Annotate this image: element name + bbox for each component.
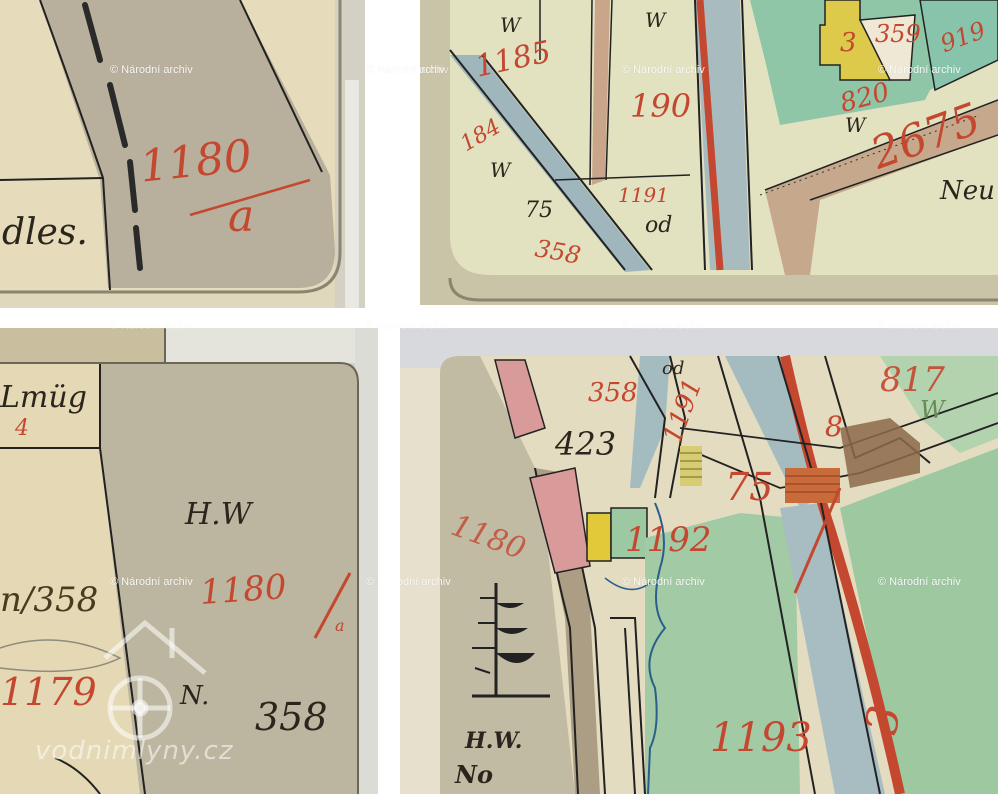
parcel-3: 3 [840, 30, 857, 56]
hw-label: H.W [185, 500, 252, 530]
archive-watermark: © Národní archiv [622, 64, 705, 76]
archive-watermark: © Národní archiv [400, 576, 451, 588]
parcel-817: 817 [880, 363, 945, 397]
parcel-suffix-a: a [335, 618, 345, 634]
ink-neu: Neu [940, 178, 995, 204]
parcel-number-1180: 1180 [138, 134, 254, 189]
parcel-1192: 1192 [625, 523, 712, 557]
map-fragment-bottom-right: 358 423 od 1191 75 1192 1180 817 8 W 119… [400, 328, 998, 794]
archive-watermark: © Národní archiv [110, 64, 193, 76]
vodnimlyny-watermark: vodnimlyny.cz [35, 736, 234, 766]
hw-label: H.W. [465, 730, 522, 752]
map-fragment-bottom-left: Lmüg 4 n/358 1179 H.W 1180 a N. 358 © Ná… [0, 328, 378, 794]
parcel-1191: 1191 [618, 185, 669, 205]
ink-w-2: W [645, 10, 666, 30]
archive-watermark-partial: © Národní archiv [366, 64, 449, 76]
red-fragment-4: 4 [15, 418, 29, 440]
ink-mark-no: N. [180, 683, 209, 709]
ink-358-right: 358 [255, 698, 328, 736]
no-label: No [455, 763, 493, 787]
archive-watermark-faded: © Národní archiv [110, 320, 193, 332]
archive-watermark: © Národní archiv [110, 576, 193, 588]
ink-w-1: W [500, 15, 521, 35]
archive-watermark-faded: © Národní archiv [622, 320, 705, 332]
parcel-190: 190 [630, 90, 691, 122]
parcel-359: 359 [875, 22, 921, 46]
parcel-358: 358 [533, 236, 582, 268]
parcel-75: 75 [725, 468, 773, 506]
parcel-suffix-a: a [228, 195, 254, 239]
parcel-1193: 1193 [710, 718, 812, 758]
archive-watermark: © Národní archiv [366, 576, 378, 588]
ink-w-3: W [490, 160, 511, 180]
place-name-fragment: Lmüg [0, 383, 87, 413]
archive-watermark-faded: © Národní archiv [878, 320, 961, 332]
archive-watermark: © Národní archiv [878, 576, 961, 588]
map-fragment-top-left: 1180 a dles. © Národní archiv [0, 0, 365, 308]
ink-od: od [645, 215, 672, 237]
ink-423: 423 [555, 428, 616, 460]
ink-75: 75 [525, 200, 553, 222]
map-fragment-top-right: 1185 184 190 1191 3 359 919 820 2675 358… [420, 0, 998, 305]
fraction-slash-icon [305, 568, 365, 648]
ink-358-left: n/358 [0, 583, 98, 617]
parcel-358: 358 [588, 380, 638, 406]
parcel-1179: 1179 [0, 673, 97, 711]
place-name-fragment: dles. [2, 215, 88, 251]
archive-watermark-faded: © Národní archiv [366, 320, 449, 332]
parcel-8: 8 [825, 413, 843, 441]
ink-w: W [920, 398, 945, 422]
ink-w-4: W [845, 115, 866, 135]
archive-watermark: © Národní archiv [622, 576, 705, 588]
parcel-number-1180: 1180 [199, 570, 288, 610]
archive-watermark: © Národní archiv [878, 64, 961, 76]
